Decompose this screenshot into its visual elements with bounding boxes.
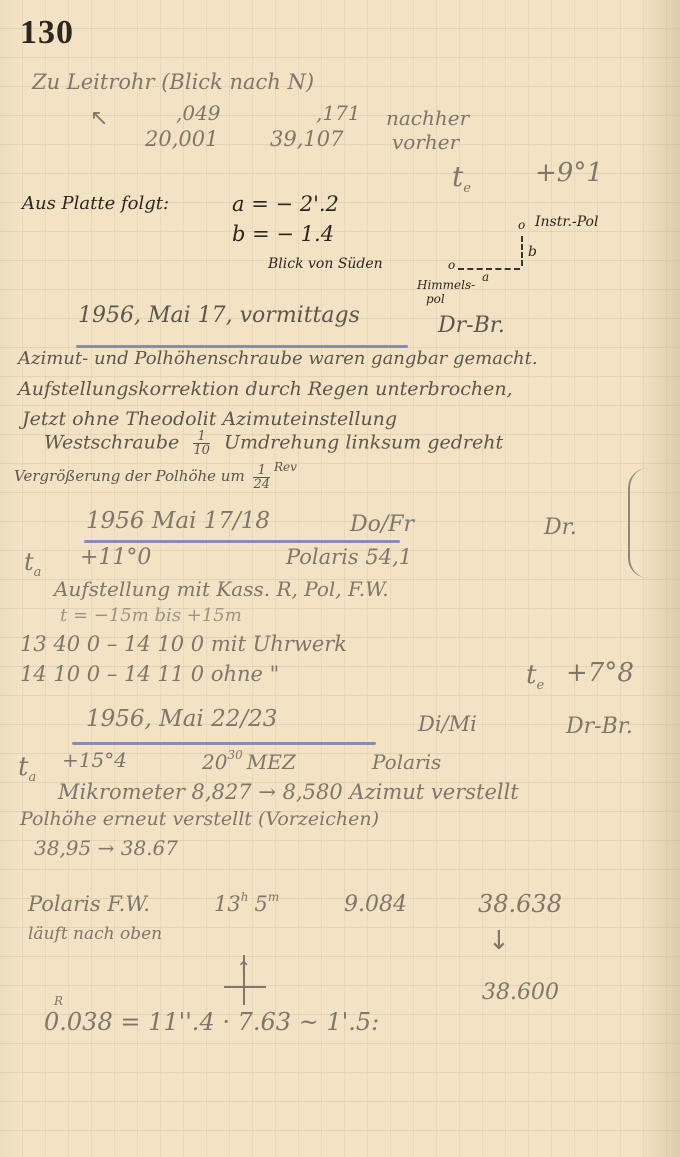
himmelspol-label-2: pol (426, 292, 445, 306)
leitrohr-row1-v1: ,049 (176, 101, 221, 125)
entry3-time: 2030MEZ (202, 748, 296, 774)
crosshair-arrow-up-icon: ↑ (236, 958, 251, 979)
entry2-weekday: Do/Fr (350, 512, 414, 537)
entry2-te-label: te (526, 660, 544, 693)
entry4-value1: 9.084 (344, 892, 407, 917)
entry3-ta-value: +15°4 (62, 748, 127, 772)
entry2-te-value: +7°8 (566, 658, 634, 688)
entry2-date-underline (84, 540, 400, 543)
arrow-up-left-icon: ↖ (90, 106, 108, 131)
entry1-observer: Dr-Br. (438, 313, 505, 338)
leitrohr-row2-v1: 20,001 (145, 127, 218, 151)
entry3-weekday: Di/Mi (418, 712, 477, 736)
formula-r-label: R (54, 994, 63, 1008)
himmelspol-label-1: Himmels- (417, 278, 475, 292)
entry2-polaris: Polaris 54,1 (286, 545, 412, 569)
entry3-observer: Dr-Br. (566, 714, 633, 739)
temperature-te: te (452, 160, 471, 196)
entry2-ta-label: ta (24, 548, 41, 580)
view-direction-label: Blick von Süden (268, 256, 383, 272)
leitrohr-row2-v2: 39,107 (270, 127, 343, 151)
entry3-polaris: Polaris (372, 750, 441, 774)
value-b: b = − 1.4 (232, 222, 334, 246)
entry3-polhoehe: Polhöhe erneut verstellt (Vorzeichen) (20, 808, 379, 830)
entry2-row1: 13 40 0 – 14 10 0 mit Uhrwerk (20, 632, 347, 656)
entry1-line2: Aufstellungskorrektion durch Regen unter… (18, 378, 513, 400)
crosshair-horizontal (224, 986, 266, 988)
page-number: 130 (20, 14, 74, 52)
instr-pol-label: Instr.-Pol (535, 214, 598, 230)
instr-pol-marker: o (518, 218, 525, 232)
leitrohr-heading: Zu Leitrohr (Blick nach N) (32, 70, 314, 94)
notebook-page: 130 Zu Leitrohr (Blick nach N) ↖ ,049 ,1… (0, 0, 680, 1157)
a-axis-label: a (482, 270, 489, 284)
entry1-line3: Jetzt ohne Theodolit Azimuteinstellung (22, 408, 397, 430)
leitrohr-row1-v2: ,171 (316, 101, 361, 125)
entry3-date-underline (72, 742, 376, 745)
entry1-line1: Azimut- und Polhöhenschraube waren gangb… (18, 348, 538, 369)
entry1-line4: Westschraube 110 Umdrehung linksum gedre… (44, 430, 503, 457)
entry3-values: 38,95 → 38.67 (34, 836, 178, 860)
entry2-row2: 14 10 0 – 14 11 0 ohne " (20, 662, 279, 686)
himmelspol-marker: o (448, 258, 455, 272)
value-a: a = − 2'.2 (232, 192, 339, 216)
entry4-value2: 38.638 (478, 890, 562, 918)
margin-bracket (628, 468, 652, 578)
entry2-observer: Dr. (544, 515, 577, 540)
arrow-down-icon: ↓ (488, 926, 510, 956)
leitrohr-row2-label: vorher (392, 130, 459, 154)
entry3-date: 1956, Mai 22/23 (86, 706, 277, 732)
entry4-value3: 38.600 (482, 980, 559, 1005)
entry2-setup: Aufstellung mit Kass. R, Pol, F.W. (54, 577, 389, 601)
b-axis-label: b (528, 244, 537, 260)
platte-label: Aus Platte folgt: (22, 193, 169, 214)
entry2-ta-value: +11°0 (80, 545, 151, 570)
entry1-date: 1956, Mai 17, vormittags (78, 303, 360, 328)
entry2-range: t = −15m bis +15m (60, 605, 242, 626)
b-axis-line (521, 236, 523, 266)
leitrohr-row1-label: nachher (386, 106, 469, 130)
temperature-te-value: +9°1 (535, 158, 603, 188)
entry2-date: 1956 Mai 17/18 (86, 508, 270, 534)
entry3-ta-label: ta (18, 752, 36, 785)
formula: 0.038 = 11''.4 · 7.63 ~ 1'.5: (44, 1008, 379, 1036)
entry3-micrometer: Mikrometer 8,827 → 8,580 Azimut verstell… (58, 780, 519, 804)
entry4-note: läuft nach oben (28, 924, 162, 944)
entry1-line5: Vergrößerung der Polhöhe um 124Rev (14, 460, 297, 491)
entry4-label: Polaris F.W. (28, 892, 150, 916)
entry4-time: 13h5m (214, 890, 279, 916)
